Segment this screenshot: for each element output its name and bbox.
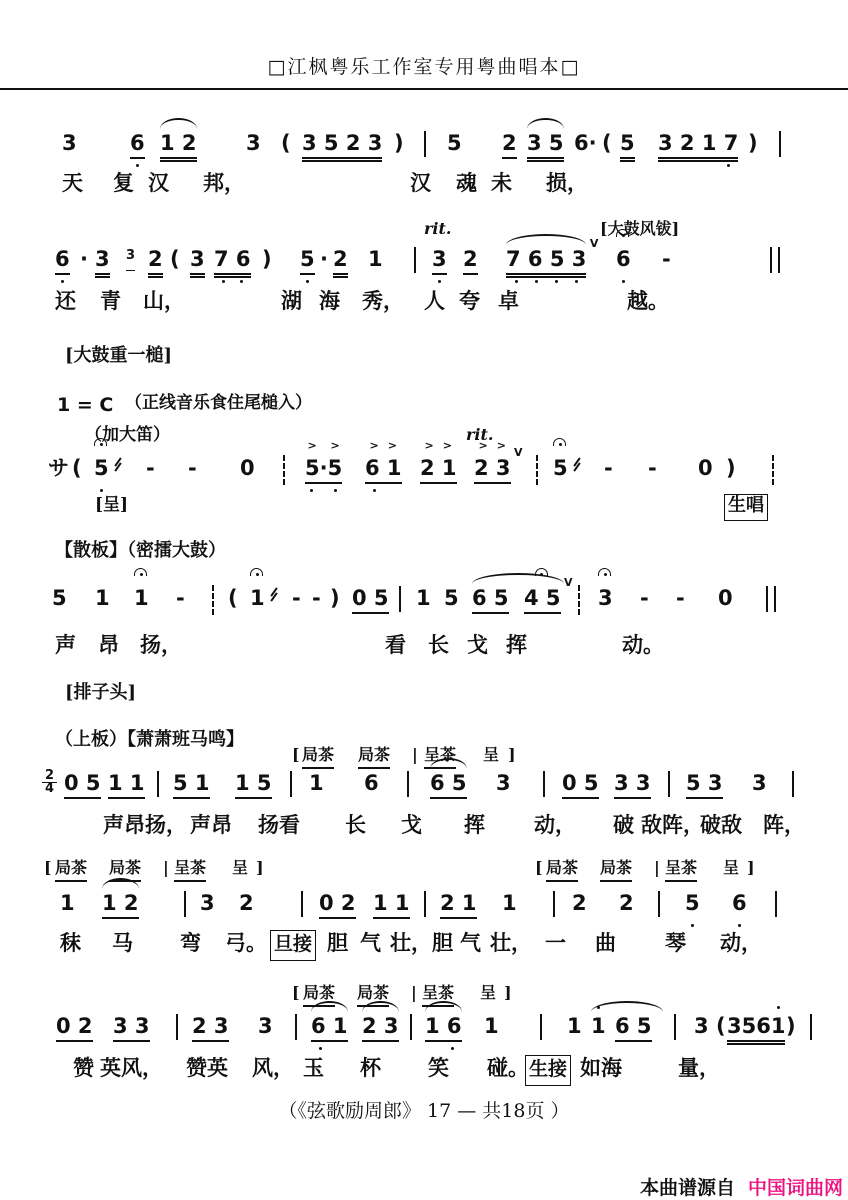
note-group: 2: [239, 890, 254, 919]
barline: [779, 131, 781, 157]
barline: [810, 1014, 812, 1040]
note-group: -: [604, 455, 613, 484]
barline: [772, 455, 774, 485]
note-group: 5: [300, 246, 315, 275]
lyric-word: 阵，: [763, 812, 805, 841]
barline: [414, 247, 416, 273]
score-label: 呈: [480, 982, 496, 1007]
lyric-word: 秣: [60, 930, 81, 959]
lyric-word: 扬，: [140, 632, 182, 661]
lyric-word: 笑: [428, 1055, 449, 1084]
barline: [540, 1014, 542, 1040]
lyric-word: 山，: [143, 288, 185, 317]
lyric-word: 动，: [534, 812, 576, 841]
barline: [658, 891, 660, 917]
note-group: 1: [416, 585, 431, 614]
lyric-word: 一: [545, 930, 566, 959]
note-group: 6: [130, 130, 145, 159]
note-group: -: [312, 585, 321, 614]
barline: [295, 1014, 297, 1040]
note-group: 5·5> >: [305, 455, 342, 484]
lyric-word: 破敌: [700, 812, 742, 841]
note-group: -: [146, 455, 155, 484]
lyric-word: 声: [55, 632, 76, 661]
lyric-word: 卓: [498, 288, 519, 317]
note-group: 2: [572, 890, 587, 919]
lyric-word: 风，: [252, 1055, 294, 1084]
barline: [424, 131, 426, 157]
lyric-word: 胆: [327, 930, 348, 959]
note-group: 1: [60, 890, 75, 919]
note-group: ): [394, 130, 404, 159]
lyric-word: 如海: [580, 1055, 622, 1084]
note-group: (: [72, 455, 82, 484]
lyric-word: 损，: [546, 170, 588, 199]
note-group: 2 3>>V: [474, 455, 511, 484]
lyric-word: 破: [613, 812, 634, 841]
note-group: 2: [619, 890, 634, 919]
barline: [553, 891, 555, 917]
score-label: [: [44, 857, 52, 882]
score-page: □江枫粤乐工作室专用粤曲唱本□ 361 23(3 5 2 3)523 56·(5…: [0, 0, 848, 1200]
barline: [775, 891, 777, 917]
lyric-word: 杯: [360, 1055, 381, 1084]
lyric-word: 戈: [467, 632, 488, 661]
fermata-icon: [94, 438, 108, 447]
note-group: 4 5V: [524, 585, 561, 614]
note-group: 6 1: [311, 1013, 348, 1042]
lyric-word: 夸: [459, 288, 480, 317]
score-label: （上板）【萧萧班马鸣】: [55, 729, 244, 754]
score-label: [大鼓重一槌]: [65, 345, 172, 370]
slur-arc: [160, 118, 197, 129]
lyric-word: 未: [491, 170, 512, 199]
slur-arc: [425, 1001, 462, 1012]
note-group: 1: [368, 246, 383, 275]
note-group: 3: [598, 585, 613, 614]
note-group: -: [662, 246, 671, 275]
note-group: 1: [591, 1013, 606, 1042]
note-group: 3561: [727, 1013, 785, 1042]
note-group: 1: [309, 770, 324, 799]
lyric-word: 生接: [525, 1055, 571, 1086]
note-group: 3: [496, 770, 511, 799]
note-group: (: [716, 1013, 726, 1042]
barline: [674, 1014, 676, 1040]
score-label: |: [654, 857, 660, 882]
lyric-word: 琴: [665, 930, 686, 959]
note-group: 6: [732, 890, 747, 919]
lyric-word: 旦接: [270, 930, 316, 961]
note-group: 6: [616, 246, 631, 275]
note-group: 0 2: [56, 1013, 93, 1042]
fermata-icon: [616, 229, 630, 238]
note-group: 3: [432, 246, 447, 275]
note-group: ·: [80, 246, 88, 275]
note-group: 1 = C: [57, 392, 113, 421]
score-label: [呈]: [95, 494, 128, 519]
note-group: 3: [95, 246, 110, 275]
score-label: |: [411, 982, 417, 1007]
source-site-link[interactable]: 中国词曲网: [748, 1173, 843, 1200]
barline: [424, 891, 426, 917]
note-group: 3 3: [113, 1013, 150, 1042]
barline: [301, 891, 303, 917]
note-group: -: [188, 455, 197, 484]
note-group: 0: [718, 585, 733, 614]
note-group: 3: [694, 1013, 709, 1042]
header-divider: [0, 88, 848, 90]
lyric-word: 秀，: [362, 288, 404, 317]
barline: [536, 455, 538, 485]
score-label: [大鼓风钹]: [600, 218, 679, 243]
note-group: 2 1>>: [420, 455, 457, 484]
barline: [410, 1014, 412, 1040]
lyric-word: 动，: [720, 930, 762, 959]
note-group: 2 1: [440, 890, 477, 919]
note-group: 0 2: [319, 890, 356, 919]
slur-arc: [430, 758, 467, 769]
fermata-icon: [553, 438, 567, 447]
barline: [184, 891, 186, 917]
note-group: 2 3: [362, 1013, 399, 1042]
barline: [212, 585, 214, 615]
barline: [668, 771, 670, 797]
score-label: 呈茶: [665, 857, 697, 882]
note-group: -: [176, 585, 185, 614]
note-group: 0 5: [64, 770, 101, 799]
lyric-word: 动。: [622, 632, 664, 661]
note-group: ): [330, 585, 340, 614]
score-label: ]: [504, 982, 512, 1007]
lyric-word: 曲: [595, 930, 616, 959]
note-group: 5: [620, 130, 635, 159]
note-group: ): [726, 455, 736, 484]
slur-arc: [362, 1001, 399, 1012]
lyric-word: 英风，: [100, 1055, 163, 1084]
score-label: 局茶: [600, 857, 632, 882]
note-group: 3 5 2 3: [302, 130, 382, 159]
fermata-icon: [598, 568, 612, 577]
lyric-word: 量，: [678, 1055, 720, 1084]
score-label: [: [535, 857, 543, 882]
note-group: 3: [62, 130, 77, 159]
slur-arc: [591, 1001, 663, 1012]
note-group: 5: [685, 890, 700, 919]
note-group: 1: [95, 585, 110, 614]
note-group: 3 2 1 7: [658, 130, 738, 159]
note-group: 0: [240, 455, 255, 484]
score-label: [: [292, 744, 300, 769]
lyric-word: 天: [62, 170, 83, 199]
source-prefix: 本曲谱源自: [640, 1173, 735, 1200]
barline: [283, 455, 285, 485]
note-group: 0: [698, 455, 713, 484]
note-group: 6·: [574, 130, 597, 159]
lyric-word: 昂: [98, 632, 119, 661]
note-group: -: [648, 455, 657, 484]
note-group: (: [602, 130, 612, 159]
note-group: 5: [52, 585, 67, 614]
score-label: 局茶: [358, 744, 390, 769]
note-group: 1 2: [102, 890, 139, 919]
tremolo-icon: [113, 458, 124, 471]
note-group: 3: [752, 770, 767, 799]
note-group: 6 5: [430, 770, 467, 799]
lyric-word: 敌阵，: [641, 812, 704, 841]
note-group: 1: [567, 1013, 582, 1042]
note-group: ): [262, 246, 272, 275]
note-group: 0 5: [352, 585, 389, 614]
note-group: 3 5: [527, 130, 564, 159]
score-label: |: [163, 857, 169, 882]
note-group: (: [170, 246, 180, 275]
score-label: [: [292, 982, 300, 1007]
note-group: 5: [553, 455, 568, 484]
slur-arc: [472, 573, 564, 584]
lyric-word: 还: [55, 288, 76, 317]
note-group: 6 1>>: [365, 455, 402, 484]
note-group: 2: [502, 130, 517, 159]
slur-arc: [527, 118, 564, 129]
lyric-word: 扬看: [258, 812, 300, 841]
lyric-word: 海: [319, 288, 340, 317]
lyric-word: 汉: [410, 170, 431, 199]
barline: [290, 771, 292, 797]
note-group: 1: [502, 890, 517, 919]
lyric-word: 湖: [281, 288, 302, 317]
lyric-word: 魂: [456, 170, 477, 199]
barline: [176, 1014, 178, 1040]
score-label: ]: [256, 857, 264, 882]
note-group: 6: [55, 246, 70, 275]
tremolo-icon: [572, 458, 583, 471]
note-group: 3: [258, 1013, 273, 1042]
lyric-word: 越。: [627, 288, 669, 317]
note-group: 6 5: [615, 1013, 652, 1042]
lyric-word: 声昂扬，: [103, 812, 187, 841]
note-group: 5 1: [173, 770, 210, 799]
note-group: 1: [134, 585, 149, 614]
lyric-word: 壮，: [390, 930, 432, 959]
lyric-word: 汉: [148, 170, 169, 199]
lyric-word: 人: [424, 288, 445, 317]
fermata-icon: [250, 568, 264, 577]
barline: [543, 771, 545, 797]
slur-arc: [311, 1001, 348, 1012]
note-group: ·: [320, 246, 328, 275]
note-group: 2: [463, 246, 478, 275]
barline: [399, 586, 401, 612]
barline: [157, 771, 159, 797]
lyric-word: 赞英: [186, 1055, 228, 1084]
score-label: rit.: [424, 218, 451, 243]
score-label: [排子头]: [65, 682, 136, 707]
lyric-word: 马: [112, 930, 133, 959]
note-group: -: [292, 585, 301, 614]
note-group: 1 1: [108, 770, 145, 799]
slur-arc: [506, 234, 586, 245]
note-group: 1 6: [425, 1013, 462, 1042]
note-group: 1: [250, 585, 265, 614]
note-group: 3: [126, 239, 135, 271]
lyric-word: 挥: [464, 812, 485, 841]
note-group: ): [748, 130, 758, 159]
score-label: 呈: [232, 857, 248, 882]
note-group: 6: [364, 770, 379, 799]
score-label: 局茶: [55, 857, 87, 882]
score-label: 局茶: [546, 857, 578, 882]
lyric-word: 弓。: [225, 930, 267, 959]
note-group: 1: [484, 1013, 499, 1042]
tremolo-icon: [269, 588, 280, 601]
note-group: -: [640, 585, 649, 614]
lyric-word: 声昂: [190, 812, 232, 841]
note-group: サ: [48, 455, 69, 484]
lyric-word: 弯: [180, 930, 201, 959]
score-label: 局茶: [302, 744, 334, 769]
lyric-word: 挥: [506, 632, 527, 661]
note-group: 5 3: [686, 770, 723, 799]
lyric-word: 长: [345, 812, 366, 841]
note-group: 7 6 5 3V: [506, 246, 586, 275]
barline: [770, 247, 780, 273]
note-group: 7 6: [214, 246, 251, 275]
lyric-word: 复: [113, 170, 134, 199]
lyric-word: 青: [100, 288, 121, 317]
lyric-word: 玉: [303, 1055, 324, 1084]
note-group: (: [281, 130, 291, 159]
score-label: ]: [747, 857, 755, 882]
note-group: 5: [94, 455, 109, 484]
lyric-word: 胆: [432, 930, 453, 959]
lyric-word: 碰。: [487, 1055, 529, 1084]
lyric-word: 气: [360, 930, 381, 959]
note-group: (: [228, 585, 238, 614]
lyric-word: 戈: [401, 812, 422, 841]
note-group: 0 5: [562, 770, 599, 799]
note-group: -: [676, 585, 685, 614]
lyric-word: 邦，: [203, 170, 245, 199]
barline: [792, 771, 794, 797]
score-label: 呈: [483, 744, 499, 769]
score-label: ]: [508, 744, 516, 769]
note-group: 3: [246, 130, 261, 159]
score-label: 呈茶: [174, 857, 206, 882]
page-footer: （《弦歌励周郎》 17 — 共18页 ）: [0, 1096, 848, 1123]
barline: [766, 586, 776, 612]
page-title: □江枫粤乐工作室专用粤曲唱本□: [0, 52, 848, 79]
score-label: 生唱: [724, 494, 768, 521]
note-group: 3: [200, 890, 215, 919]
fermata-icon: [535, 568, 549, 577]
lyric-word: 赞: [73, 1055, 94, 1084]
note-group: 5: [444, 585, 459, 614]
note-group: 2: [333, 246, 348, 275]
note-group: ): [786, 1013, 796, 1042]
time-signature: 24: [42, 770, 57, 795]
barline: [578, 585, 580, 615]
lyric-word: 气: [460, 930, 481, 959]
fermata-icon: [134, 568, 148, 577]
note-group: 3 3: [614, 770, 651, 799]
source-credit: 本曲谱源自 中国词曲网: [0, 1173, 848, 1197]
lyric-word: 看: [385, 632, 406, 661]
note-group: 1 2: [160, 130, 197, 159]
note-group: 2: [148, 246, 163, 275]
note-group: 5: [447, 130, 462, 159]
lyric-word: 壮，: [490, 930, 532, 959]
lyric-word: 长: [428, 632, 449, 661]
note-group: 2 3: [192, 1013, 229, 1042]
note-group: 1 1: [373, 890, 410, 919]
note-group: 6 5: [472, 585, 509, 614]
score-label: |: [412, 744, 418, 769]
note-group: 1 5: [235, 770, 272, 799]
score-label: （正线音乐食住尾槌入）: [125, 392, 312, 417]
score-label: 呈: [723, 857, 739, 882]
barline: [407, 771, 409, 797]
note-group: 3: [190, 246, 205, 275]
score-label: 【散板】（密擂大鼓）: [55, 540, 226, 565]
